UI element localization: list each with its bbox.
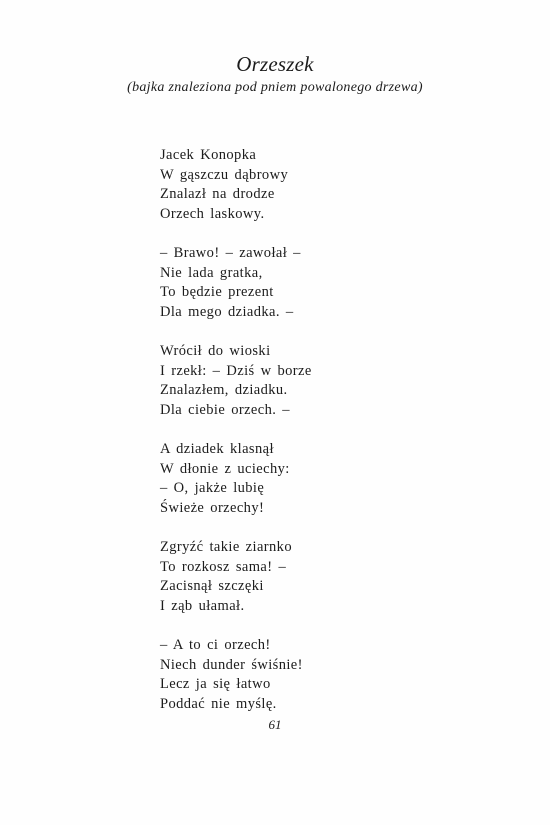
poem-line: Nie lada gratka,: [160, 264, 460, 284]
poem-line: W gąszczu dąbrowy: [160, 166, 460, 186]
poem-line: – O, jakże lubię: [160, 479, 460, 499]
poem-line: Poddać nie myślę.: [160, 695, 460, 715]
poem-body: Jacek Konopka W gąszczu dąbrowy Znalazł …: [160, 146, 460, 734]
poem-line: Jacek Konopka: [160, 146, 460, 166]
poem-line: To będzie prezent: [160, 283, 460, 303]
poem-line: Znalazłem, dziadku.: [160, 381, 460, 401]
poem-line: Dla ciebie orzech. –: [160, 401, 460, 421]
poem-line: Orzech laskowy.: [160, 205, 460, 225]
poem-line: A dziadek klasnął: [160, 440, 460, 460]
poem-line: – A to ci orzech!: [160, 636, 460, 656]
poem-title: Orzeszek: [0, 52, 550, 76]
poem-line: I rzekł: – Dziś w borze: [160, 362, 460, 382]
stanza: A dziadek klasnął W dłonie z uciechy: – …: [160, 440, 460, 518]
page-number: 61: [0, 717, 550, 733]
poem-line: Wrócił do wioski: [160, 342, 460, 362]
poem-line: W dłonie z uciechy:: [160, 460, 460, 480]
stanza: – A to ci orzech! Niech dunder świśnie! …: [160, 636, 460, 714]
poem-line: Zacisnął szczęki: [160, 577, 460, 597]
stanza: – Brawo! – zawołał – Nie lada gratka, To…: [160, 244, 460, 322]
poem-line: Znalazł na drodze: [160, 185, 460, 205]
poem-line: To rozkosz sama! –: [160, 558, 460, 578]
stanza: Jacek Konopka W gąszczu dąbrowy Znalazł …: [160, 146, 460, 224]
poem-line: Niech dunder świśnie!: [160, 656, 460, 676]
poem-line: Lecz ja się łatwo: [160, 675, 460, 695]
poem-subtitle: (bajka znaleziona pod pniem powalonego d…: [0, 79, 550, 97]
poem-line: Świeże orzechy!: [160, 499, 460, 519]
poem-line: I ząb ułamał.: [160, 597, 460, 617]
poem-line: Zgryźć takie ziarnko: [160, 538, 460, 558]
poem-line: – Brawo! – zawołał –: [160, 244, 460, 264]
book-page: Orzeszek (bajka znaleziona pod pniem pow…: [0, 0, 550, 825]
stanza: Wrócił do wioski I rzekł: – Dziś w borze…: [160, 342, 460, 420]
poem-line: Dla mego dziadka. –: [160, 303, 460, 323]
stanza: Zgryźć takie ziarnko To rozkosz sama! – …: [160, 538, 460, 616]
